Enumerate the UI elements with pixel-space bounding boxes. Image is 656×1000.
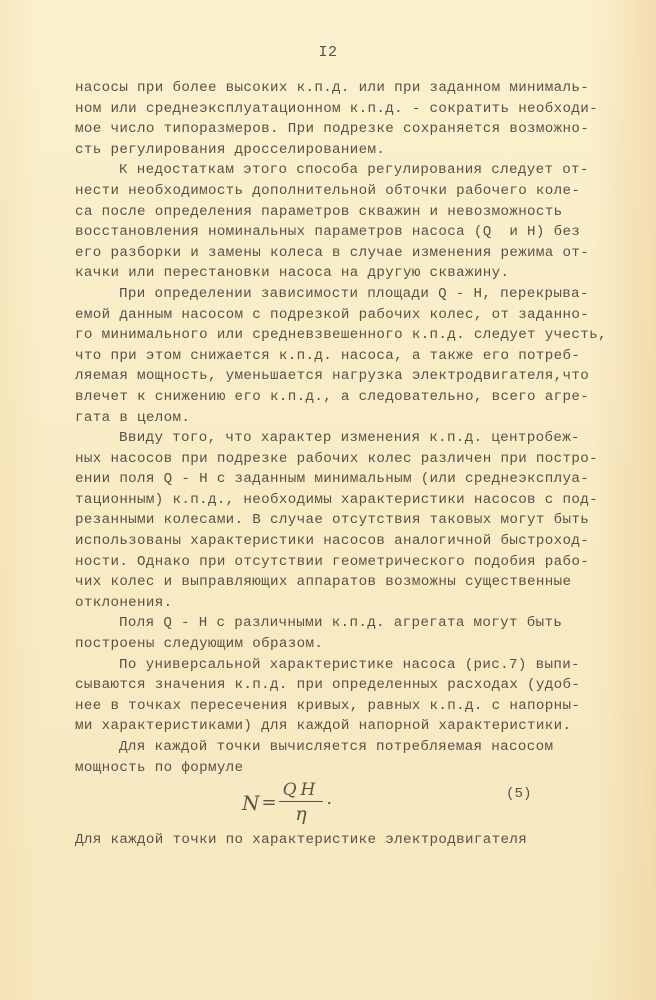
closing-line: Для каждой точки по характеристике элект… xyxy=(75,830,595,851)
text-line: нести необходимость дополнительной обточ… xyxy=(75,181,595,202)
text-line: влечет к снижению его к.п.д., а следоват… xyxy=(75,387,595,408)
paragraph: По универсальной характеристике насоса (… xyxy=(75,655,595,737)
text-line: Для каждой точки вычисляется потребляема… xyxy=(75,737,595,758)
paragraph: Ввиду того, что характер изменения к.п.д… xyxy=(75,428,595,613)
formula-row: N = QH η . (5) xyxy=(75,778,595,830)
text-line: использованы характеристики насосов анал… xyxy=(75,531,595,552)
paragraph: Поля Q - H с различными к.п.д. агрегата … xyxy=(75,613,595,654)
equation-number: (5) xyxy=(506,786,532,802)
text-line: резанными колесами. В случае отсутствия … xyxy=(75,510,595,531)
text-line: нее в точках пересечения кривых, равных … xyxy=(75,696,595,717)
page-number: I2 xyxy=(0,44,656,61)
formula-lhs: N xyxy=(242,791,260,815)
text-line: чих колес и выправляющих аппаратов возмо… xyxy=(75,572,595,593)
formula-fraction: QH η xyxy=(279,780,324,825)
text-line: сть регулирования дросселированием. xyxy=(75,140,595,161)
text-line: сываются значения к.п.д. при определенны… xyxy=(75,675,595,696)
text-line: ных насосов при подрезке рабочих колес р… xyxy=(75,449,595,470)
formula-equals: = xyxy=(262,792,277,813)
text-line: ном или среднеэксплуатационном к.п.д. - … xyxy=(75,99,595,120)
power-formula: N = QH η . xyxy=(242,780,332,825)
text-line: По универсальной характеристике насоса (… xyxy=(75,655,595,676)
text-line: гата в целом. xyxy=(75,408,595,429)
text-line: ении поля Q - H с заданным минимальным (… xyxy=(75,469,595,490)
text-line: его разборки и замены колеса в случае из… xyxy=(75,243,595,264)
text-line: При определении зависимости площади Q - … xyxy=(75,284,595,305)
formula-period: . xyxy=(326,788,332,809)
text-line: мощность по формуле xyxy=(75,758,595,779)
text-line: что при этом снижается к.п.д. насоса, а … xyxy=(75,346,595,367)
text-line: тационным) к.п.д., необходимы характерис… xyxy=(75,490,595,511)
text-line: ляемая мощность, уменьшается нагрузка эл… xyxy=(75,366,595,387)
text-line: отклонения. xyxy=(75,593,595,614)
text-line: ности. Однако при отсутствии геометричес… xyxy=(75,552,595,573)
document-page: I2 насосы при более высоких к.п.д. или п… xyxy=(0,0,656,1000)
paragraphs: насосы при более высоких к.п.д. или при … xyxy=(75,78,595,778)
text-line: насосы при более высоких к.п.д. или при … xyxy=(75,78,595,99)
paragraph: насосы при более высоких к.п.д. или при … xyxy=(75,78,595,160)
text-line: Ввиду того, что характер изменения к.п.д… xyxy=(75,428,595,449)
text-line: восстановления номинальных параметров на… xyxy=(75,222,595,243)
text-line: са после определения параметров скважин … xyxy=(75,202,595,223)
formula-denominator: η xyxy=(295,802,306,825)
text-line: го минимального или средневзвешенного к.… xyxy=(75,325,595,346)
formula-numerator: QH xyxy=(279,780,324,802)
text-line: Поля Q - H с различными к.п.д. агрегата … xyxy=(75,613,595,634)
text-line: качки или перестановки насоса на другую … xyxy=(75,263,595,284)
text-line: построены следующим образом. xyxy=(75,634,595,655)
paragraph: К недостаткам этого способа регулировани… xyxy=(75,160,595,284)
text-line: мое число типоразмеров. При подрезке сох… xyxy=(75,119,595,140)
text-line: емой данным насосом с подрезкой рабочих … xyxy=(75,305,595,326)
paragraph: Для каждой точки вычисляется потребляема… xyxy=(75,737,595,778)
text-line: ми характеристиками) для каждой напорной… xyxy=(75,716,595,737)
paragraph: При определении зависимости площади Q - … xyxy=(75,284,595,428)
text-line: К недостаткам этого способа регулировани… xyxy=(75,160,595,181)
body-text: насосы при более высоких к.п.д. или при … xyxy=(75,78,595,851)
